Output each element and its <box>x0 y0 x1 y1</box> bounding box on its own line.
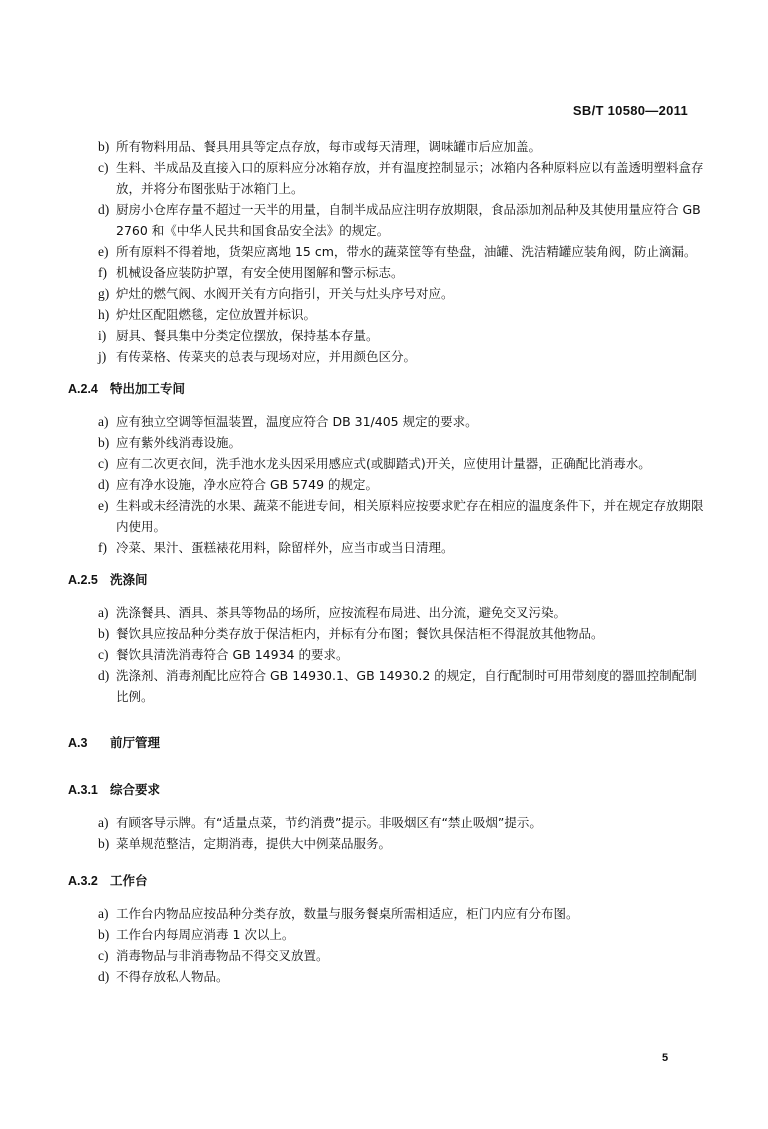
list-item: a)应有独立空调等恒温装置，温度应符合 DB 31/405 规定的要求。 <box>68 411 708 432</box>
item-text: 冷菜、果汁、蛋糕裱花用料，除留样外，应当市或当日清理。 <box>106 537 708 558</box>
list-item: a)有顾客导示牌。有“适量点菜，节约消费”提示。非吸烟区有“禁止吸烟”提示。 <box>68 812 708 833</box>
list-a24: a)应有独立空调等恒温装置，温度应符合 DB 31/405 规定的要求。 b)应… <box>68 411 708 558</box>
item-text: 应有独立空调等恒温装置，温度应符合 DB 31/405 规定的要求。 <box>106 411 708 432</box>
list-item: c)应有二次更衣间，洗手池水龙头因采用感应式(或脚踏式)开关，应使用计量器，正确… <box>68 453 708 474</box>
item-text: 工作台内每周应消毒 1 次以上。 <box>106 924 708 945</box>
item-text: 厨具、餐具集中分类定位摆放，保持基本存量。 <box>106 325 708 346</box>
item-text: 有顾客导示牌。有“适量点菜，节约消费”提示。非吸烟区有“禁止吸烟”提示。 <box>106 812 708 833</box>
item-label: d) <box>98 474 109 495</box>
item-label: a) <box>98 602 109 623</box>
section-number: A.3.2 <box>68 871 110 892</box>
list-item: f)机械设备应装防护罩，有安全使用图解和警示标志。 <box>68 262 708 283</box>
item-text: 炉灶的燃气阀、水阀开关有方向指引，开关与灶头序号对应。 <box>106 283 708 304</box>
item-label: b) <box>98 136 109 157</box>
item-label: c) <box>98 945 109 966</box>
section-heading-a31: A.3.1综合要求 <box>68 779 708 801</box>
list-item: a)洗涤餐具、酒具、茶具等物品的场所，应按流程布局进、出分流，避免交叉污染。 <box>68 602 708 623</box>
page-number: 5 <box>662 1052 668 1064</box>
list-item: c)消毒物品与非消毒物品不得交叉放置。 <box>68 945 708 966</box>
list-a25: a)洗涤餐具、酒具、茶具等物品的场所，应按流程布局进、出分流，避免交叉污染。 b… <box>68 602 708 707</box>
item-text: 应有净水设施，净水应符合 GB 5749 的规定。 <box>106 474 708 495</box>
item-label: c) <box>98 157 109 178</box>
list-item: b)工作台内每周应消毒 1 次以上。 <box>68 924 708 945</box>
list-item: d)厨房小仓库存量不超过一天半的用量，自制半成品应注明存放期限，食品添加剂品种及… <box>68 199 708 241</box>
section-heading-a32: A.3.2工作台 <box>68 870 708 892</box>
item-text: 生料、半成品及直接入口的原料应分冰箱存放，并有温度控制显示；冰箱内各种原料应以有… <box>106 157 708 199</box>
list-item: e)所有原料不得着地，货架应离地 15 cm，带水的蔬菜筐等有垫盘，油罐、洗洁精… <box>68 241 708 262</box>
section-title: 工作台 <box>110 873 148 888</box>
item-label: e) <box>98 241 109 262</box>
item-text: 炉灶区配阻燃毯，定位放置并标识。 <box>106 304 708 325</box>
item-label: i) <box>98 325 106 346</box>
item-label: b) <box>98 924 109 945</box>
item-text: 洗涤餐具、酒具、茶具等物品的场所，应按流程布局进、出分流，避免交叉污染。 <box>106 602 708 623</box>
list-item: d)应有净水设施，净水应符合 GB 5749 的规定。 <box>68 474 708 495</box>
list-continued: b)所有物料用品、餐具用具等定点存放，每市或每天清理，调味罐市后应加盖。 c)生… <box>68 136 708 367</box>
list-a31: a)有顾客导示牌。有“适量点菜，节约消费”提示。非吸烟区有“禁止吸烟”提示。 b… <box>68 812 708 854</box>
item-text: 厨房小仓库存量不超过一天半的用量，自制半成品应注明存放期限，食品添加剂品种及其使… <box>106 199 708 241</box>
list-item: d)不得存放私人物品。 <box>68 966 708 987</box>
item-label: e) <box>98 495 109 516</box>
item-label: b) <box>98 833 109 854</box>
item-label: f) <box>98 537 107 558</box>
list-item: c)生料、半成品及直接入口的原料应分冰箱存放，并有温度控制显示；冰箱内各种原料应… <box>68 157 708 199</box>
item-text: 工作台内物品应按品种分类存放，数量与服务餐桌所需相适应，柜门内应有分布图。 <box>106 903 708 924</box>
item-label: d) <box>98 665 109 686</box>
item-label: c) <box>98 644 109 665</box>
item-text: 不得存放私人物品。 <box>106 966 708 987</box>
item-label: a) <box>98 812 109 833</box>
item-text: 洗涤剂、消毒剂配比应符合 GB 14930.1、GB 14930.2 的规定，自… <box>106 665 708 707</box>
section-number: A.3.1 <box>68 780 110 801</box>
list-item: b)应有紫外线消毒设施。 <box>68 432 708 453</box>
list-item: h)炉灶区配阻燃毯，定位放置并标识。 <box>68 304 708 325</box>
item-text: 应有紫外线消毒设施。 <box>106 432 708 453</box>
item-text: 所有物料用品、餐具用具等定点存放，每市或每天清理，调味罐市后应加盖。 <box>106 136 708 157</box>
item-label: f) <box>98 262 107 283</box>
item-text: 餐饮具应按品种分类存放于保洁柜内，并标有分布图；餐饮具保洁柜不得混放其他物品。 <box>106 623 708 644</box>
section-number: A.2.5 <box>68 570 110 591</box>
section-number: A.2.4 <box>68 379 110 400</box>
section-title: 前厅管理 <box>110 735 160 750</box>
item-label: a) <box>98 903 109 924</box>
section-heading-a24: A.2.4特出加工专间 <box>68 378 708 400</box>
item-label: b) <box>98 432 109 453</box>
section-number: A.3 <box>68 733 110 754</box>
list-item: b)所有物料用品、餐具用具等定点存放，每市或每天清理，调味罐市后应加盖。 <box>68 136 708 157</box>
item-text: 生料或未经清洗的水果、蔬菜不能进专间，相关原料应按要求贮存在相应的温度条件下，并… <box>106 495 708 537</box>
item-text: 餐饮具清洗消毒符合 GB 14934 的要求。 <box>106 644 708 665</box>
list-item: b)菜单规范整洁，定期消毒，提供大中例菜品服务。 <box>68 833 708 854</box>
list-item: j)有传菜格、传菜夹的总表与现场对应，并用颜色区分。 <box>68 346 708 367</box>
item-label: b) <box>98 623 109 644</box>
item-text: 菜单规范整洁，定期消毒，提供大中例菜品服务。 <box>106 833 708 854</box>
standard-code-header: SB/T 10580—2011 <box>573 103 688 118</box>
item-text: 有传菜格、传菜夹的总表与现场对应，并用颜色区分。 <box>106 346 708 367</box>
list-item: a)工作台内物品应按品种分类存放，数量与服务餐桌所需相适应，柜门内应有分布图。 <box>68 903 708 924</box>
item-label: d) <box>98 199 109 220</box>
list-item: g)炉灶的燃气阀、水阀开关有方向指引，开关与灶头序号对应。 <box>68 283 708 304</box>
list-item: e)生料或未经清洗的水果、蔬菜不能进专间，相关原料应按要求贮存在相应的温度条件下… <box>68 495 708 537</box>
document-body: b)所有物料用品、餐具用具等定点存放，每市或每天清理，调味罐市后应加盖。 c)生… <box>68 136 708 987</box>
section-title: 综合要求 <box>110 782 160 797</box>
item-text: 消毒物品与非消毒物品不得交叉放置。 <box>106 945 708 966</box>
list-item: b)餐饮具应按品种分类存放于保洁柜内，并标有分布图；餐饮具保洁柜不得混放其他物品… <box>68 623 708 644</box>
item-text: 机械设备应装防护罩，有安全使用图解和警示标志。 <box>106 262 708 283</box>
list-item: c)餐饮具清洗消毒符合 GB 14934 的要求。 <box>68 644 708 665</box>
list-item: f)冷菜、果汁、蛋糕裱花用料，除留样外，应当市或当日清理。 <box>68 537 708 558</box>
section-heading-a25: A.2.5洗涤间 <box>68 569 708 591</box>
list-a32: a)工作台内物品应按品种分类存放，数量与服务餐桌所需相适应，柜门内应有分布图。 … <box>68 903 708 987</box>
list-item: i)厨具、餐具集中分类定位摆放，保持基本存量。 <box>68 325 708 346</box>
item-label: j) <box>98 346 106 367</box>
item-label: h) <box>98 304 109 325</box>
item-text: 所有原料不得着地，货架应离地 15 cm，带水的蔬菜筐等有垫盘，油罐、洗洁精罐应… <box>106 241 708 262</box>
item-label: c) <box>98 453 109 474</box>
section-title: 洗涤间 <box>110 572 148 587</box>
item-text: 应有二次更衣间，洗手池水龙头因采用感应式(或脚踏式)开关，应使用计量器，正确配比… <box>106 453 708 474</box>
item-label: a) <box>98 411 109 432</box>
section-heading-a3: A.3前厅管理 <box>68 732 708 754</box>
item-label: d) <box>98 966 109 987</box>
section-title: 特出加工专间 <box>110 381 185 396</box>
list-item: d)洗涤剂、消毒剂配比应符合 GB 14930.1、GB 14930.2 的规定… <box>68 665 708 707</box>
item-label: g) <box>98 283 109 304</box>
